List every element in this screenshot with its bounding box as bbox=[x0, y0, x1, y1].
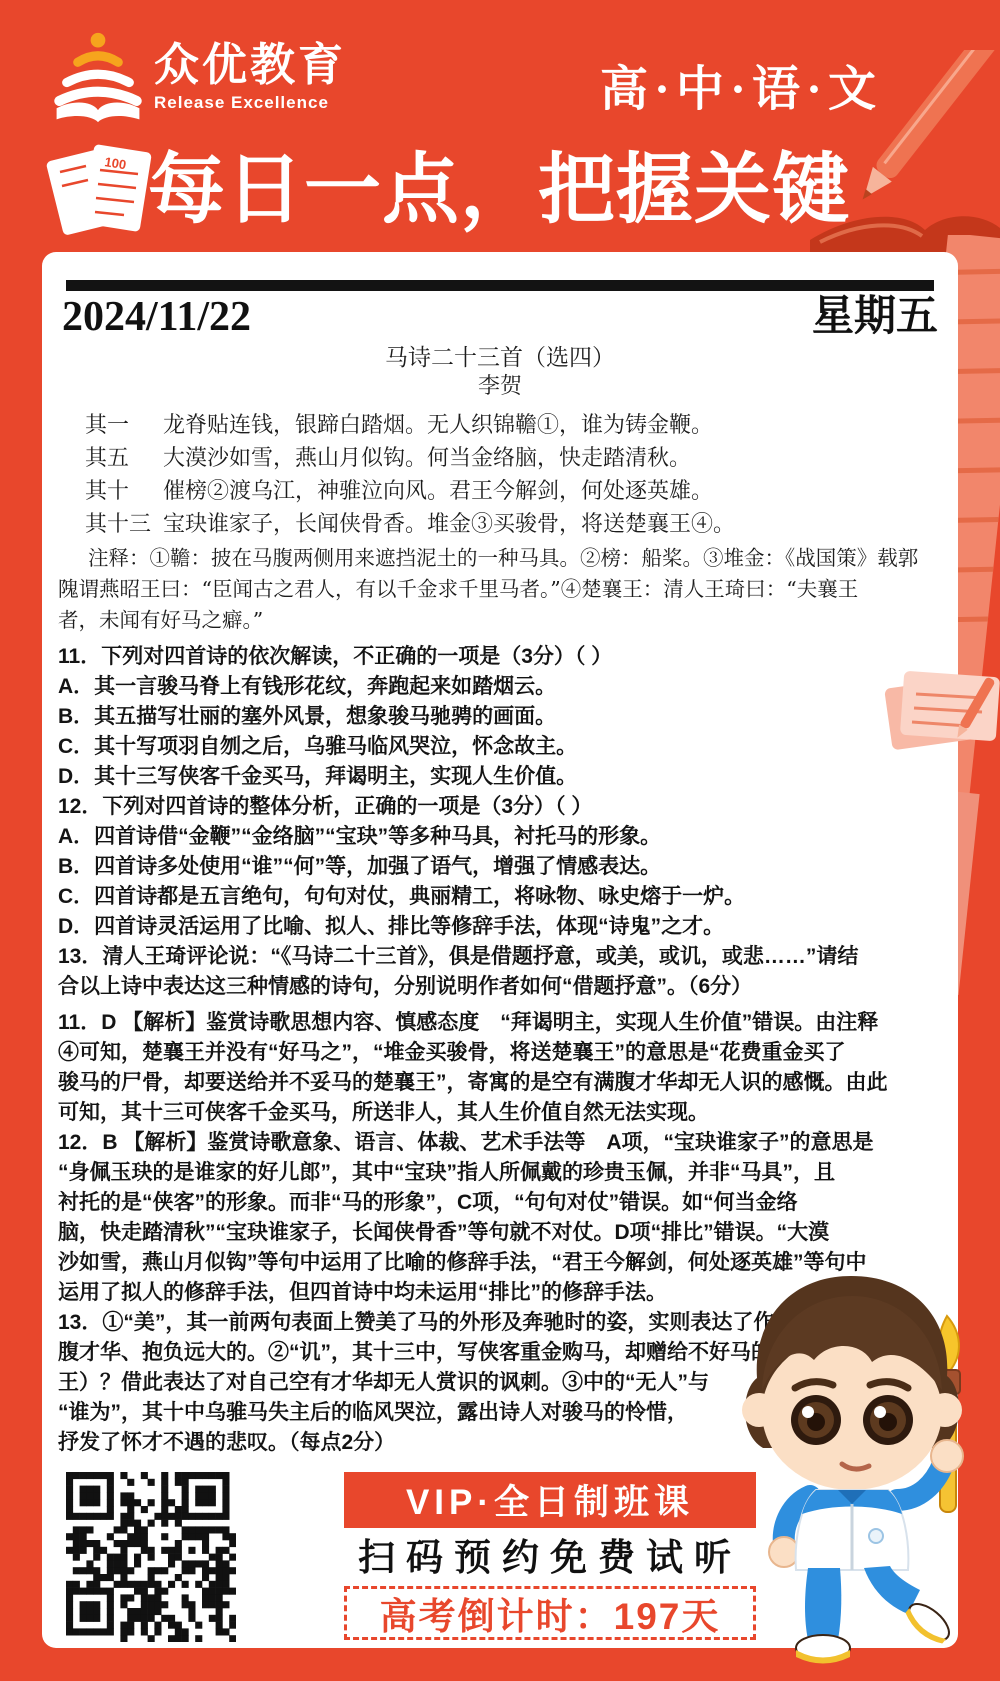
divider-rule bbox=[66, 280, 934, 291]
poem-line: 其十三 宝玦谁家子，长闻侠骨香。堆金③买骏骨，将送楚襄王④。 bbox=[58, 506, 942, 539]
answer-line: 12．B 【解析】鉴赏诗歌意象、语言、体裁、艺术手法等 A项，“宝玦谁家子”的意… bbox=[58, 1128, 942, 1158]
answer-line: 脑，快走踏清秋”“宝玦谁家子，长闻侠骨香”等句就不对仗。D项“排比”错误。“大漠 bbox=[58, 1218, 942, 1248]
answer-line: 11．D 【解析】鉴赏诗歌思想内容、慎感态度 “拜谒明主，实现人生价值”错误。由… bbox=[58, 1008, 942, 1038]
question-line: C．四首诗都是五言绝句，句句对仗，典丽精工，将咏物、咏史熔于一炉。 bbox=[58, 882, 942, 912]
question-line: D．四首诗灵活运用了比喻、拟人、排比等修辞手法，体现“诗鬼”之才。 bbox=[58, 912, 942, 942]
countdown-label: 高考倒计时：197天 bbox=[380, 1586, 721, 1640]
date-row: 2024/11/22 星期五 bbox=[62, 293, 938, 341]
papers-decoration-icon: 100 bbox=[46, 136, 158, 244]
poem-line-text: 宝玦谁家子，长闻侠骨香。堆金③买骏骨，将送楚襄王④。 bbox=[163, 507, 735, 538]
poem-lines: 其一 龙脊贴连钱，银蹄白踏烟。无人织锦韂①，谁为铸金鞭。 其五 大漠沙如雪，燕山… bbox=[58, 407, 942, 539]
question-line: 11．下列对四首诗的依次解读，不正确的一项是（3分）（ ） bbox=[58, 642, 942, 672]
brand-name: 众优教育 bbox=[154, 40, 346, 90]
poem-line-label: 其十 bbox=[85, 474, 163, 505]
answer-line: 骏马的尸骨，却要送给并不妥马的楚襄王”，寄寓的是空有满腹才华却无人识的感慨。由此 bbox=[58, 1068, 942, 1098]
poem-notes: 注释：①韂：披在马腹两侧用来遮挡泥土的一种马具。②榜：船桨。③堆金：《战国策》载… bbox=[58, 543, 942, 636]
question-line: 12．下列对四首诗的整体分析，正确的一项是（3分）（ ） bbox=[58, 792, 942, 822]
weekday-label: 星期五 bbox=[812, 293, 938, 341]
poem-line: 其十 催榜②渡乌江，神骓泣向风。君王今解剑，何处逐英雄。 bbox=[58, 473, 942, 506]
question-line: A．四首诗借“金鞭”“金络脑”“宝玦”等多种马具，衬托马的形象。 bbox=[58, 822, 942, 852]
poem-line: 其五 大漠沙如雪，燕山月似钩。何当金络脑，快走踏清秋。 bbox=[58, 440, 942, 473]
poem-line: 其一 龙脊贴连钱，银蹄白踏烟。无人织锦韂①，谁为铸金鞭。 bbox=[58, 407, 942, 440]
answer-line: ④可知，楚襄王并没有“好马之”，“堆金买骏骨，将送楚襄王”的意思是“花费重金买了 bbox=[58, 1038, 942, 1068]
note-pencil-decoration-icon bbox=[858, 668, 1000, 754]
countdown-box: 高考倒计时：197天 bbox=[344, 1586, 756, 1640]
poem-title: 马诗二十三首（选四） bbox=[58, 343, 942, 373]
date-label: 2024/11/22 bbox=[62, 293, 251, 341]
vip-banner: VIP·全日制班课 bbox=[344, 1472, 756, 1528]
brand-slogan: Release Excellence bbox=[154, 93, 346, 113]
question-line: B．其五描写壮丽的塞外风景，想象骏马驰骋的画面。 bbox=[58, 702, 942, 732]
question-line: 合以上诗中表达这三种情感的诗句，分别说明作者如何“借题抒意”。（6分） bbox=[58, 972, 942, 1002]
brand-logo-icon bbox=[52, 30, 144, 124]
poem-line-label: 其一 bbox=[85, 408, 163, 439]
poem-line-label: 其五 bbox=[85, 441, 163, 472]
answer-line: 可知，其十三可侠客千金买马，所送非人，其人生价值自然无法实现。 bbox=[58, 1098, 942, 1128]
answer-line: “身佩玉玦的是谁家的好儿郎”，其中“宝玦”指人所佩戴的珍贵玉佩，并非“马具”，且 bbox=[58, 1158, 942, 1188]
banner-title: 每日一点，把握关键 bbox=[148, 128, 850, 239]
mascot-illustration bbox=[703, 1250, 1000, 1681]
question-line: A．其一言骏马脊上有钱形花纹，奔跑起来如踏烟云。 bbox=[58, 672, 942, 702]
answer-line: 衬托的是“侠客”的形象。而非“马的形象”，C项，“句句对仗”错误。如“何当金络 bbox=[58, 1188, 942, 1218]
question-line: B．四首诗多处使用“谁”“何”等，加强了语气，增强了情感表达。 bbox=[58, 852, 942, 882]
scan-cta-text: 扫码预约免费试听 bbox=[336, 1534, 764, 1582]
question-line: D．其十三写侠客千金买马，拜谒明主，实现人生价值。 bbox=[58, 762, 942, 792]
brand-block: 众优教育 Release Excellence bbox=[154, 40, 346, 113]
question-line: C．其十写项羽自刎之后，乌骓马临风哭泣，怀念故主。 bbox=[58, 732, 942, 762]
poster-page: 众优教育 Release Excellence 高·中·语·文 100 每日一点… bbox=[0, 0, 1000, 1681]
note-line: 者，未闻有好马之癖。” bbox=[58, 605, 942, 636]
question-line: 13．清人王琦评论说：“《马诗二十三首》，俱是借题抒意，或美，或讥，或悲……”请… bbox=[58, 942, 942, 972]
questions-block: 11．下列对四首诗的依次解读，不正确的一项是（3分）（ ）A．其一言骏马脊上有钱… bbox=[58, 642, 942, 1002]
poem-author: 李贺 bbox=[58, 373, 942, 401]
poem-line-text: 龙脊贴连钱，银蹄白踏烟。无人织锦韂①，谁为铸金鞭。 bbox=[163, 408, 713, 439]
qr-code bbox=[66, 1472, 236, 1642]
poem-line-text: 大漠沙如雪，燕山月似钩。何当金络脑，快走踏清秋。 bbox=[163, 441, 691, 472]
poem-line-label: 其十三 bbox=[85, 507, 163, 538]
poem-line-text: 催榜②渡乌江，神骓泣向风。君王今解剑，何处逐英雄。 bbox=[163, 474, 713, 505]
note-line: 隗谓燕昭王曰：“臣闻古之君人，有以千金求千里马者。”④楚襄王：清人王琦曰：“夫襄… bbox=[58, 574, 942, 605]
note-line: 注释：①韂：披在马腹两侧用来遮挡泥土的一种马具。②榜：船桨。③堆金：《战国策》载… bbox=[58, 543, 942, 574]
